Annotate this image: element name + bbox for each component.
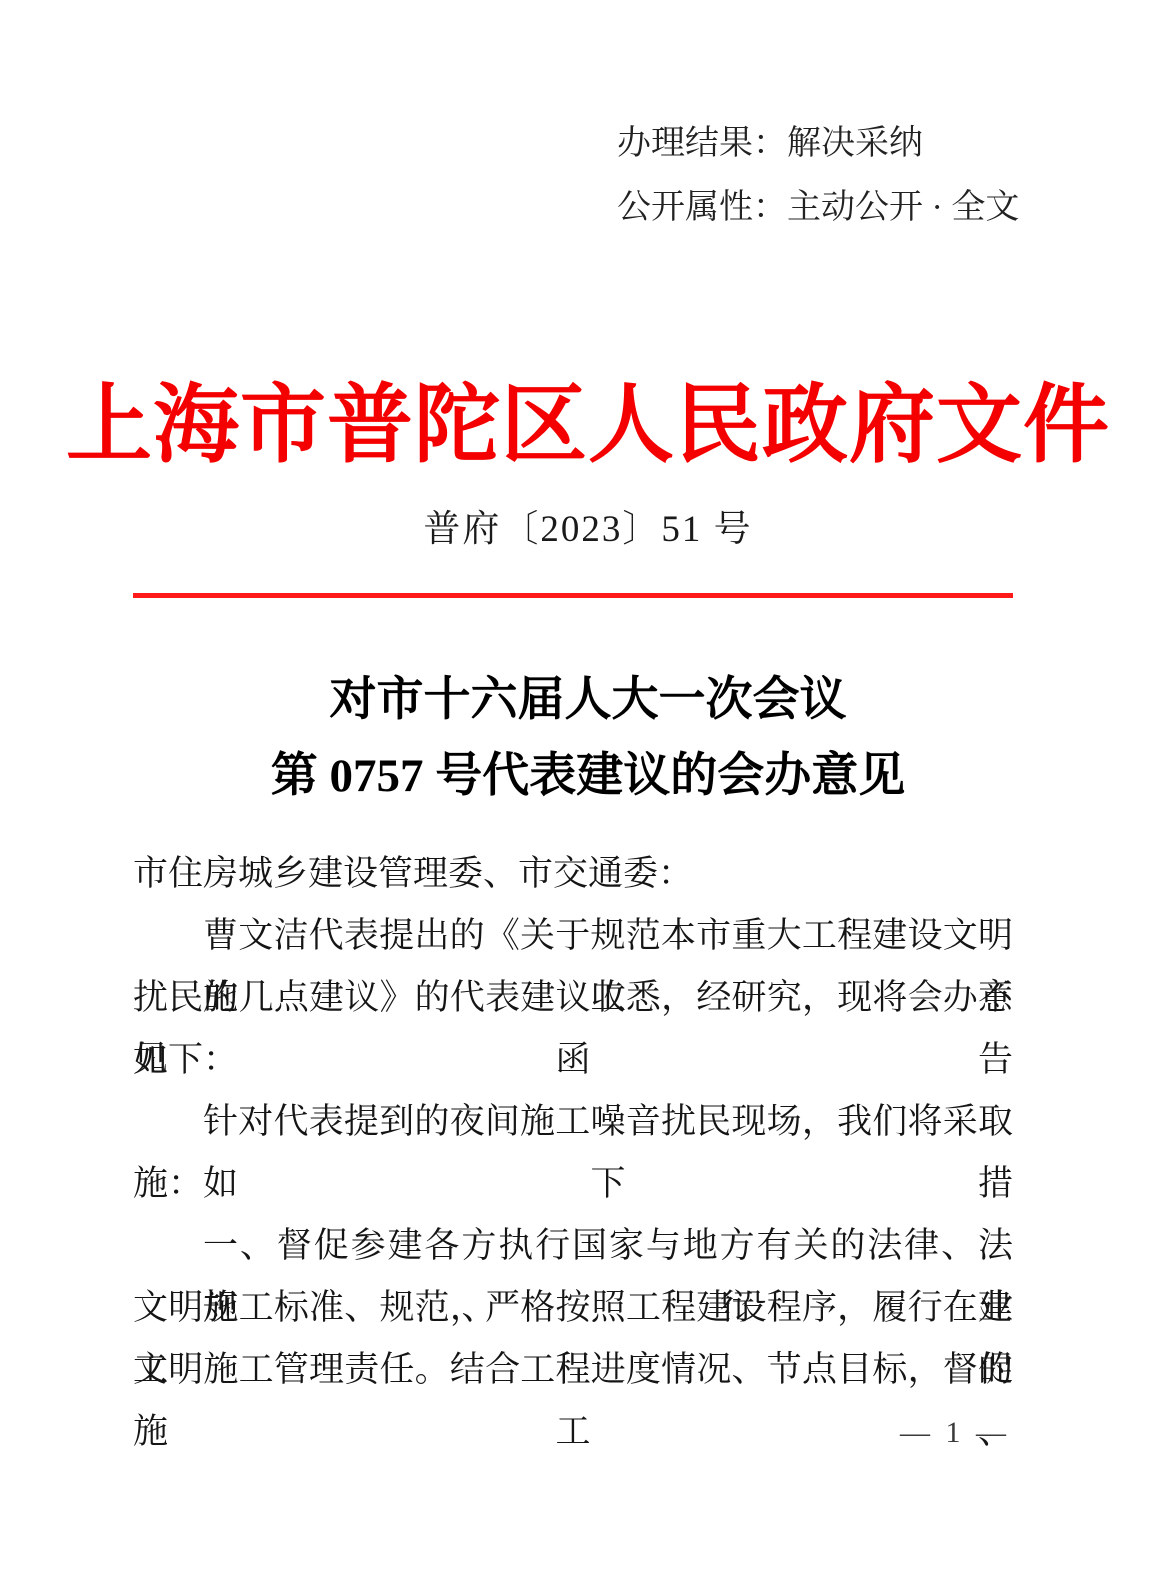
header-meta: 办理结果：解决采纳 公开属性：主动公开 · 全文 bbox=[617, 112, 1019, 240]
disclosure-attribute-label: 公开属性： bbox=[617, 189, 787, 226]
addressee-line: 市住房城乡建设管理委、市交通委： bbox=[133, 843, 1013, 905]
handling-result-label: 办理结果： bbox=[617, 125, 787, 162]
handling-result-line: 办理结果：解决采纳 bbox=[617, 112, 1019, 176]
handling-result-value: 解决采纳 bbox=[787, 125, 923, 162]
disclosure-attribute-line: 公开属性：主动公开 · 全文 bbox=[617, 176, 1019, 240]
body-line: 针对代表提到的夜间施工噪音扰民现场，我们将采取如下措 bbox=[133, 1091, 1013, 1153]
body-line: 扰民的几点建议》的代表建议收悉，经研究，现将会办意见函告 bbox=[133, 967, 1013, 1029]
body-line: 曹文洁代表提出的《关于规范本市重大工程建设文明施工不 bbox=[133, 905, 1013, 967]
page-number: — 1 — bbox=[880, 1416, 1030, 1450]
agency-masthead-title: 上海市普陀区人民政府文件 bbox=[0, 355, 1176, 479]
document-number: 普府〔2023〕51 号 bbox=[0, 498, 1176, 552]
disclosure-attribute-value: 主动公开 · 全文 bbox=[787, 189, 1019, 226]
body-text: 市住房城乡建设管理委、市交通委： 曹文洁代表提出的《关于规范本市重大工程建设文明… bbox=[133, 843, 1013, 1401]
subject-title: 对市十六届人大一次会议 第 0757 号代表建议的会办意见 bbox=[0, 662, 1176, 814]
red-divider-rule bbox=[133, 593, 1013, 598]
document-page: 办理结果：解决采纳 公开属性：主动公开 · 全文 上海市普陀区人民政府文件 普府… bbox=[0, 0, 1176, 1588]
subject-title-line2: 第 0757 号代表建议的会办意见 bbox=[0, 738, 1176, 814]
subject-title-line1: 对市十六届人大一次会议 bbox=[0, 662, 1176, 738]
body-line: 文明施工管理责任。结合工程进度情况、节点目标，督促施工、 bbox=[133, 1339, 1013, 1401]
body-line: 文明施工标准、规范，严格按照工程建设程序，履行在建工程的 bbox=[133, 1277, 1013, 1339]
body-line: 一、督促参建各方执行国家与地方有关的法律、法规、行业 bbox=[133, 1215, 1013, 1277]
